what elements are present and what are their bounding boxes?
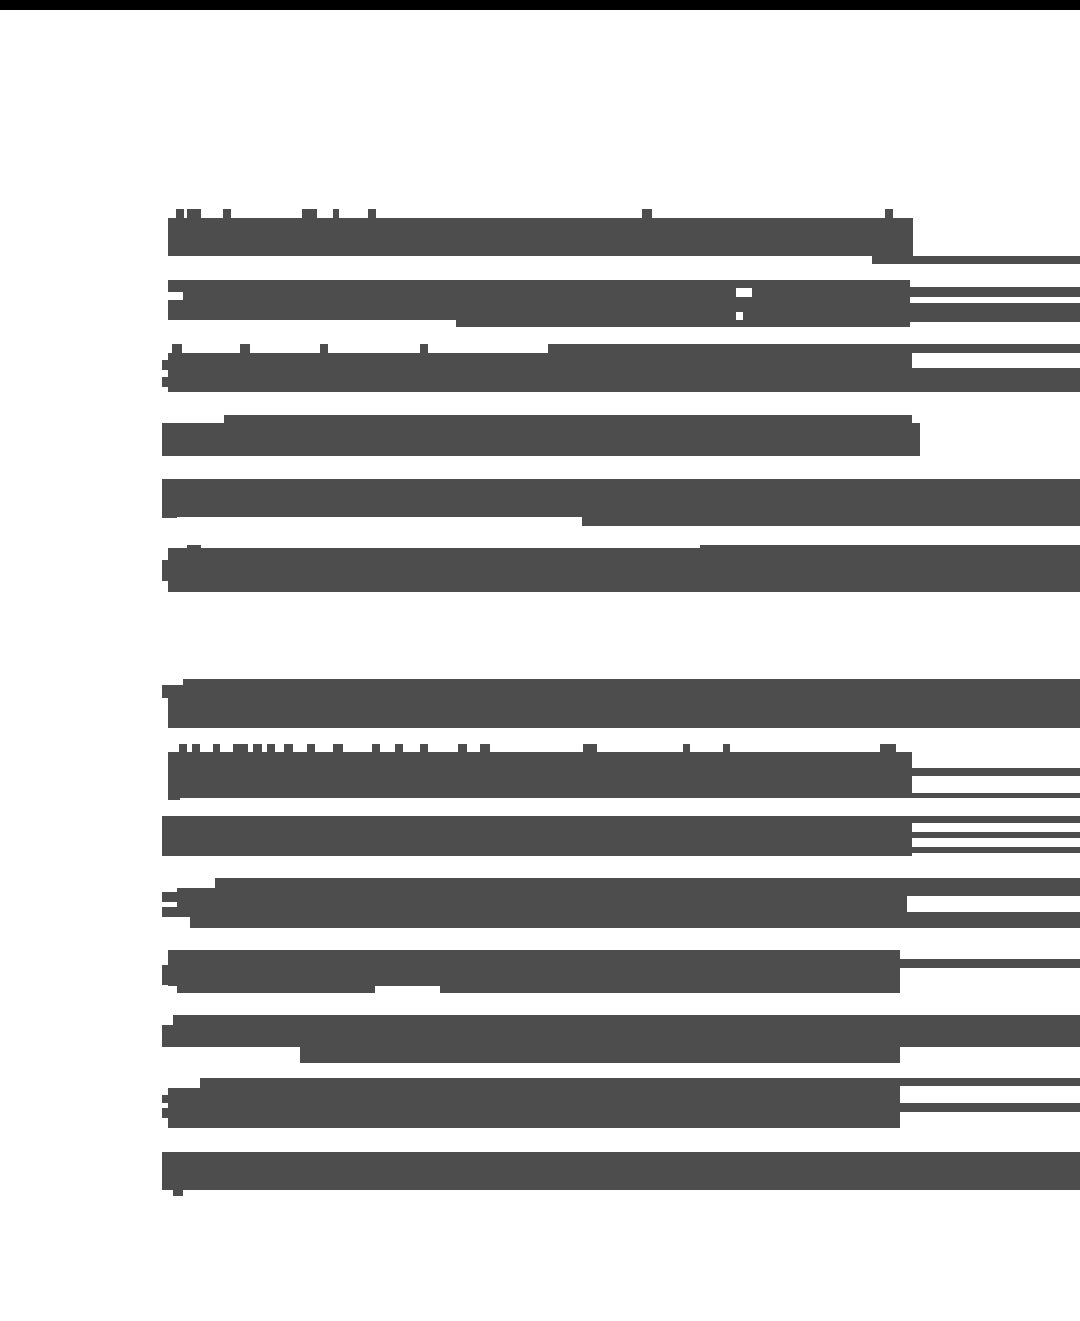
pixel-block bbox=[173, 1190, 183, 1196]
blurred-text-layer bbox=[0, 0, 1080, 1321]
paragraph-2 bbox=[0, 0, 1080, 1321]
pixel-block bbox=[162, 1180, 168, 1190]
text-line-14 bbox=[0, 0, 1080, 1321]
pixel-block bbox=[162, 1152, 1080, 1190]
document-page bbox=[0, 0, 1080, 1321]
